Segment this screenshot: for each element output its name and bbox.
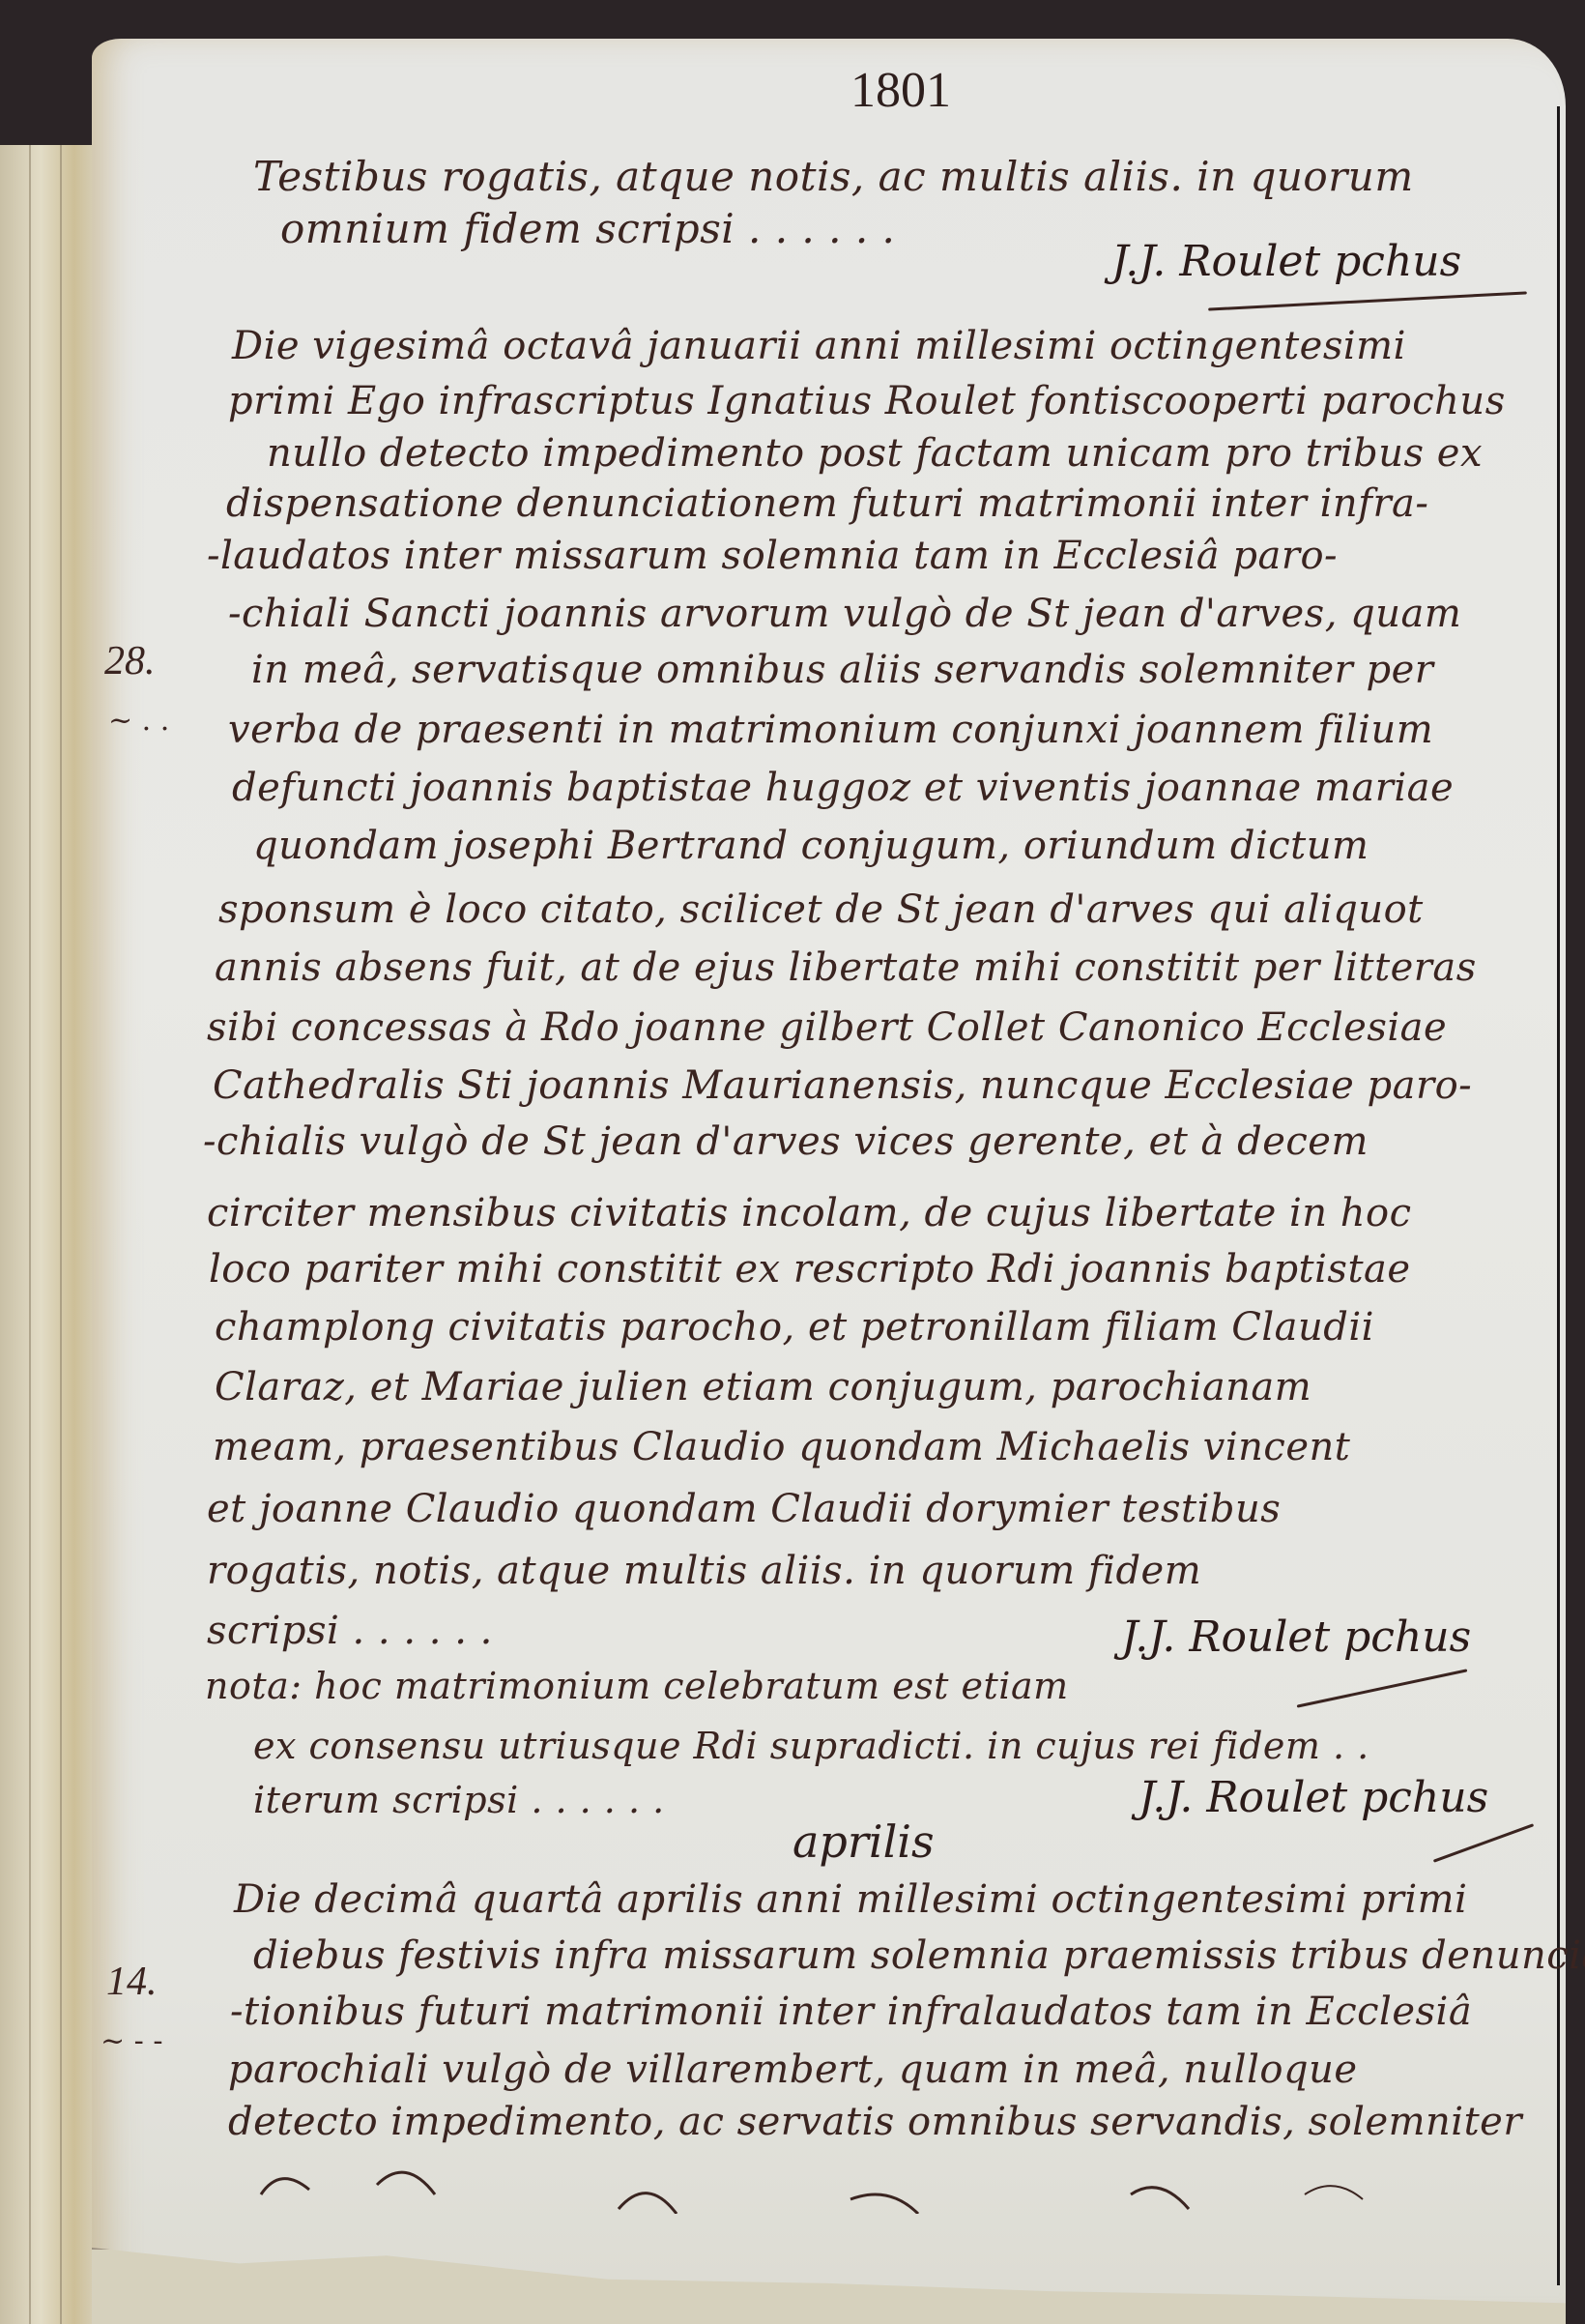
margin-mark: ~ . . <box>108 704 169 738</box>
entry-line: meam, praesentibus Claudio quondam Micha… <box>213 1425 1350 1469</box>
priest-signature: J.J. Roulet pchus <box>1121 1612 1471 1662</box>
entry-line: diebus festivis infra missarum solemnia … <box>253 1933 1585 1978</box>
entry-line: detecto impedimento, ac servatis omnibus… <box>228 2100 1522 2144</box>
entry-line: loco pariter mihi constitit ex rescripto… <box>209 1247 1411 1292</box>
entry-line: scripsi . . . . . . <box>207 1609 493 1653</box>
entry-line: et joanne Claudio quondam Claudii dorymi… <box>207 1487 1281 1531</box>
page-edge-line <box>60 145 62 2324</box>
entry-line: Cathedralis Sti joannis Maurianensis, nu… <box>213 1063 1472 1108</box>
entry-line: verba de praesenti in matrimonium conjun… <box>228 708 1433 752</box>
entry-line: parochiali vulgò de villarembert, quam i… <box>228 2048 1358 2092</box>
month-heading: aprilis <box>792 1816 935 1868</box>
priest-signature: J.J. Roulet pchus <box>1138 1773 1488 1822</box>
entry-line: -laudatos inter missarum solemnia tam in… <box>207 534 1338 578</box>
page-year: 1801 <box>850 62 951 119</box>
entry-line: primi Ego infrascriptus Ignatius Roulet … <box>228 379 1506 423</box>
margin-mark: ~ - - <box>101 2024 162 2058</box>
entry-line: dispensatione denunciationem futuri matr… <box>226 481 1428 526</box>
entry-line: sibi concessas à Rdo joanne gilbert Coll… <box>207 1005 1447 1050</box>
bleed-through-strokes <box>242 2156 1498 2214</box>
note-line: iterum scripsi . . . . . . <box>253 1779 665 1821</box>
entry-line: -chialis vulgò de St jean d'arves vices … <box>203 1119 1369 1164</box>
entry-day-number: 28. <box>104 638 156 684</box>
text-line: omnium fidem scripsi . . . . . . <box>280 205 895 252</box>
entry-line: annis absens fuit, at de ejus libertate … <box>215 945 1477 990</box>
entry-line: Claraz, et Mariae julien etiam conjugum,… <box>215 1365 1311 1409</box>
entry-line: circiter mensibus civitatis incolam, de … <box>207 1191 1412 1235</box>
note-line: ex consensu utriusque Rdi supradicti. in… <box>253 1725 1369 1767</box>
text-line: Testibus rogatis, atque notis, ac multis… <box>253 153 1414 200</box>
page-edge-line <box>29 145 31 2324</box>
entry-line: -chiali Sancti joannis arvorum vulgò de … <box>228 592 1461 636</box>
priest-signature: J.J. Roulet pchus <box>1111 237 1461 286</box>
entry-line: Die decimâ quartâ aprilis anni millesimi… <box>234 1877 1467 1922</box>
entry-line: Die vigesimâ octavâ januarii anni milles… <box>232 324 1406 368</box>
entry-day-number: 14. <box>106 1959 158 2005</box>
entry-line: nullo detecto impedimento post factam un… <box>267 431 1483 476</box>
note-line: nota: hoc matrimonium celebratum est eti… <box>205 1665 1069 1707</box>
entry-line: in meâ, servatisque omnibus aliis servan… <box>251 648 1433 692</box>
entry-line: rogatis, notis, atque multis aliis. in q… <box>207 1549 1201 1593</box>
entry-line: defuncti joannis baptistae huggoz et viv… <box>232 766 1454 810</box>
entry-line: champlong civitatis parocho, et petronil… <box>215 1305 1374 1350</box>
entry-line: sponsum è loco citato, scilicet de St je… <box>218 887 1424 932</box>
entry-line: -tionibus futuri matrimonii inter infral… <box>230 1990 1472 2034</box>
entry-line: quondam josephi Bertrand conjugum, oriun… <box>253 824 1369 868</box>
